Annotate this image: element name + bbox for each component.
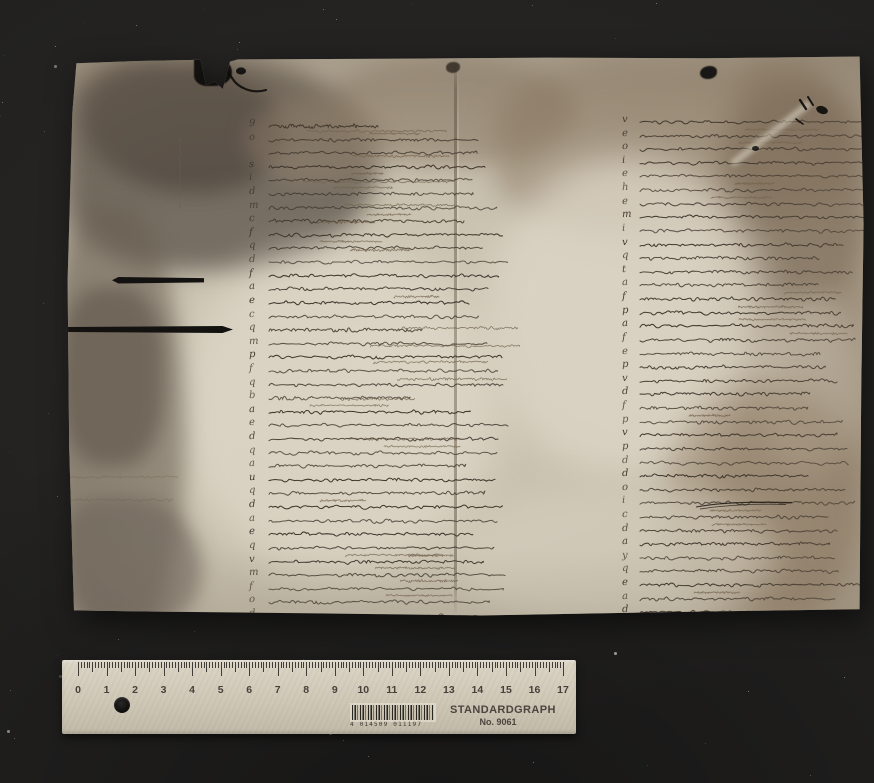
- initial-letter: p: [622, 442, 629, 452]
- ruler-number: 15: [495, 684, 517, 696]
- ruler-tick: [275, 662, 276, 668]
- ruler-tick: [98, 662, 99, 668]
- annotation-mark: [317, 212, 375, 230]
- initial-letter: v: [622, 115, 628, 125]
- ruler-tick: [420, 662, 421, 676]
- ruler-tick: [81, 662, 82, 668]
- ruler-tick: [409, 662, 410, 668]
- ruler-tick: [283, 662, 284, 668]
- initial-letter: p: [622, 360, 629, 370]
- initial-letter: a: [622, 592, 628, 602]
- text-line: t: [640, 268, 852, 277]
- measuring-ruler: 01234567891011121314151617 4 014509 0111…: [62, 660, 576, 734]
- initial-letter: f: [622, 333, 626, 343]
- ruler-tick: [152, 662, 153, 668]
- gloss-mark: [790, 331, 847, 336]
- initial-letter: q: [249, 541, 256, 551]
- annotation-mark: [738, 297, 803, 315]
- ruler-tick: [435, 662, 436, 672]
- ruler-tick: [440, 662, 441, 668]
- initial-letter: e: [249, 527, 255, 537]
- ruler-tick: [212, 662, 213, 668]
- initial-letter: c: [249, 309, 255, 319]
- gloss-mark: [694, 590, 739, 595]
- ruler-tick: [269, 662, 270, 668]
- ruler-tick: [144, 662, 145, 668]
- scratch-mark: [696, 500, 796, 512]
- initial-letter: v: [622, 237, 628, 247]
- initial-letter: f: [249, 364, 253, 374]
- text-line: v: [640, 431, 837, 440]
- ruler-tick: [423, 662, 424, 668]
- text-line: a: [640, 540, 829, 549]
- ruler-number: 16: [524, 684, 546, 696]
- ruler-tick: [480, 662, 481, 668]
- ruler-tick: [392, 662, 393, 676]
- ruler-tick: [204, 662, 205, 668]
- text-line: u: [269, 476, 495, 485]
- ruler-tick: [540, 662, 541, 668]
- ruler-number: 13: [438, 684, 460, 696]
- ruler-tick: [412, 662, 413, 668]
- ruler-tick: [343, 662, 344, 668]
- initial-letter: v: [249, 554, 255, 564]
- barcode-digits: 4 014509 011197: [350, 721, 436, 728]
- initial-letter: p: [622, 306, 629, 316]
- ruler-tick: [229, 662, 230, 668]
- ruler-tick: [418, 662, 419, 668]
- initial-letter: p: [249, 350, 256, 360]
- text-line: e: [640, 200, 866, 209]
- gloss-mark: [394, 294, 439, 299]
- gloss-mark: [739, 140, 802, 145]
- ruler-tick: [495, 662, 496, 668]
- ruler-tick: [477, 662, 478, 676]
- ruler-tick: [161, 662, 162, 668]
- ruler-tick: [281, 662, 282, 668]
- ruler-tick: [492, 662, 493, 672]
- ruler-tick: [309, 662, 310, 668]
- ruler-tick: [218, 662, 219, 668]
- initial-letter: m: [249, 568, 259, 578]
- initial-letter: q: [622, 564, 629, 574]
- initial-letter: a: [622, 278, 628, 288]
- initial-letter: p: [622, 415, 629, 425]
- ruler-tick: [503, 662, 504, 668]
- initial-letter: d: [622, 469, 629, 479]
- ruler-tick: [186, 662, 187, 668]
- ruler-brand-label: STANDARDGRAPH: [450, 704, 556, 716]
- ruler-tick: [398, 662, 399, 668]
- text-line: d: [269, 503, 502, 512]
- ruler-tick: [326, 662, 327, 668]
- ruler-tick: [563, 662, 564, 676]
- ruler-tick: [206, 662, 207, 672]
- ruler-tick: [78, 662, 79, 676]
- annotation-mark: [170, 138, 188, 208]
- gloss-mark: [711, 195, 772, 200]
- ruler-tick: [555, 662, 556, 668]
- ruler-number: 2: [124, 684, 146, 696]
- initial-letter: i: [622, 496, 626, 506]
- initial-letter: q: [249, 486, 256, 496]
- ruler-tick: [109, 662, 110, 668]
- text-line: v: [640, 377, 837, 386]
- annotation-mark: [350, 429, 462, 447]
- ruler-tick: [535, 662, 536, 676]
- photo-stage: 9osidmcfqdfaecqmpfqbaedqauqdaeqvmfod veo…: [0, 0, 874, 783]
- ruler-tick: [292, 662, 293, 672]
- ruler-tick: [509, 662, 510, 668]
- initial-letter: d: [249, 187, 256, 197]
- text-line: y: [640, 554, 834, 563]
- initial-letter: u: [249, 473, 256, 483]
- ruler-tick: [483, 662, 484, 668]
- ruler-number: 1: [96, 684, 118, 696]
- ruler-tick: [560, 662, 561, 668]
- text-line: q: [269, 489, 484, 498]
- ruler-tick: [129, 662, 130, 668]
- text-line: d: [640, 390, 809, 399]
- ruler-tick: [138, 662, 139, 668]
- ruler-tick: [400, 662, 401, 668]
- initial-letter: f: [249, 582, 253, 592]
- ruler-tick: [369, 662, 370, 668]
- text-line: q: [640, 254, 819, 263]
- annotation-mark: [352, 146, 449, 164]
- ruler-tick: [517, 662, 518, 668]
- initial-letter: o: [622, 483, 628, 493]
- ruler-tick: [107, 662, 108, 676]
- ruler-tick: [403, 662, 404, 668]
- initial-letter: o: [622, 142, 628, 152]
- gloss-mark: [320, 498, 366, 503]
- initial-letter: d: [622, 387, 629, 397]
- ruler-tick: [455, 662, 456, 668]
- ruler-tick: [244, 662, 245, 668]
- text-line: d: [269, 258, 507, 267]
- ruler-tick: [132, 662, 133, 668]
- initial-letter: s: [249, 160, 254, 170]
- ruler-tick: [184, 662, 185, 668]
- ruler-tick: [115, 662, 116, 668]
- gloss-mark: [689, 413, 730, 418]
- ruler-tick: [141, 662, 142, 668]
- ruler-tick: [523, 662, 524, 668]
- ruler-tick: [526, 662, 527, 668]
- ruler-tick: [147, 662, 148, 668]
- ruler-number: 17: [552, 684, 574, 696]
- text-line: d: [640, 472, 808, 481]
- annotation-mark: [400, 571, 458, 589]
- initial-letter: f: [249, 269, 253, 279]
- initial-letter: f: [622, 292, 626, 302]
- ruler-tick: [149, 662, 150, 672]
- ruler-tick: [301, 662, 302, 668]
- ruler-tick: [303, 662, 304, 668]
- text-line: f: [269, 272, 498, 281]
- ruler-tick: [395, 662, 396, 668]
- ruler-tick: [221, 662, 222, 676]
- annotation-mark: [373, 352, 488, 370]
- ruler-tick: [95, 662, 96, 668]
- ruler-tick: [557, 662, 558, 668]
- initial-letter: e: [622, 129, 628, 139]
- ruler-tick: [349, 662, 350, 672]
- ruler-tick: [298, 662, 299, 668]
- ruler-tick: [195, 662, 196, 668]
- initial-letter: e: [622, 346, 628, 356]
- ruler-tick: [512, 662, 513, 668]
- ruler-tick: [375, 662, 376, 668]
- ruler-tick: [475, 662, 476, 668]
- text-line: i: [640, 159, 866, 168]
- ruler-tick: [155, 662, 156, 668]
- ruler-tick: [158, 662, 159, 668]
- ruler-tick: [389, 662, 390, 668]
- ruler-tick: [380, 662, 381, 668]
- ruler-tick: [241, 662, 242, 668]
- black-streak: [66, 326, 233, 333]
- text-line: q: [640, 567, 838, 576]
- text-line: f: [640, 336, 855, 345]
- ruler-number: 11: [381, 684, 403, 696]
- ruler-tick: [121, 662, 122, 672]
- ruler-tick: [486, 662, 487, 668]
- ruler-tick: [169, 662, 170, 668]
- ruler-tick: [415, 662, 416, 668]
- ruler-tick: [443, 662, 444, 668]
- ruler-tick: [335, 662, 336, 676]
- ink-spatter: [792, 94, 838, 130]
- ruler-tick: [457, 662, 458, 668]
- ruler-tick: [175, 662, 176, 668]
- ruler-tick: [352, 662, 353, 668]
- initial-letter: a: [249, 282, 255, 292]
- initial-letter: c: [622, 510, 628, 520]
- ruler-barcode: 4 014509 011197: [350, 705, 436, 728]
- text-line: m: [640, 213, 866, 222]
- initial-letter: a: [622, 319, 628, 329]
- ruler-tick: [355, 662, 356, 668]
- initial-letter: e: [249, 296, 255, 306]
- text-line: d: [640, 527, 837, 536]
- initial-letter: q: [249, 446, 256, 456]
- initial-letter: q: [622, 251, 629, 261]
- ruler-tick: [192, 662, 193, 676]
- ruler-tick: [318, 662, 319, 668]
- ruler-tick: [295, 662, 296, 668]
- initial-letter: d: [249, 500, 256, 510]
- ruler-tick: [383, 662, 384, 668]
- text-line: a: [640, 595, 835, 604]
- barcode-bars: [352, 705, 434, 720]
- text-line: d: [640, 459, 848, 468]
- initial-letter: e: [249, 418, 255, 428]
- initial-letter: f: [622, 401, 626, 411]
- annotation-mark: [345, 195, 455, 213]
- initial-letter: i: [622, 224, 626, 234]
- ruler-tick: [249, 662, 250, 676]
- ruler-tick: [92, 662, 93, 672]
- ruler-tick: [341, 662, 342, 668]
- ruler-tick: [286, 662, 287, 668]
- gloss-mark: [386, 593, 452, 598]
- ruler-number: 12: [409, 684, 431, 696]
- ruler-tick: [460, 662, 461, 668]
- annotation-mark: [303, 172, 453, 190]
- ruler-tick: [358, 662, 359, 668]
- initial-letter: a: [622, 537, 628, 547]
- ruler-number: 5: [210, 684, 232, 696]
- initial-letter: q: [249, 377, 256, 387]
- gloss-mark: [739, 317, 805, 322]
- text-line: p: [640, 363, 825, 372]
- initial-letter: h: [622, 183, 629, 193]
- initial-letter: b: [249, 391, 256, 401]
- ruler-tick: [321, 662, 322, 672]
- initial-letter: o: [249, 595, 255, 605]
- initial-letter: t: [622, 265, 626, 275]
- ruler-tick: [489, 662, 490, 668]
- gloss-mark: [784, 290, 841, 295]
- initial-letter: i: [622, 156, 626, 166]
- text-line: p: [640, 445, 847, 454]
- initial-letter: v: [622, 374, 628, 384]
- ruler-tick: [543, 662, 544, 668]
- ruler-tick: [101, 662, 102, 668]
- initial-letter: q: [249, 241, 256, 251]
- text-line: i: [640, 227, 866, 236]
- ruler-tick: [172, 662, 173, 668]
- ruler-tick: [181, 662, 182, 668]
- initial-letter: a: [249, 405, 255, 415]
- ruler-tick: [406, 662, 407, 672]
- ruler-tick: [112, 662, 113, 668]
- annotation-mark: [307, 121, 447, 139]
- ruler-tick: [226, 662, 227, 668]
- initial-letter: m: [622, 210, 632, 220]
- ruler-tick: [209, 662, 210, 668]
- ruler-tick: [552, 662, 553, 668]
- ruler-tick: [238, 662, 239, 668]
- initial-letter: d: [249, 432, 256, 442]
- annotation-mark: [340, 389, 415, 407]
- ruler-tick: [289, 662, 290, 668]
- text-line: q: [269, 449, 496, 458]
- ruler-tick: [252, 662, 253, 668]
- ruler-tick: [201, 662, 202, 668]
- ruler-tick: [263, 662, 264, 672]
- initial-letter: e: [622, 169, 628, 179]
- initial-letter: a: [249, 459, 255, 469]
- ruler-number: 9: [324, 684, 346, 696]
- text-line: f: [269, 231, 502, 240]
- ruler-tick: [529, 662, 530, 668]
- ruler-tick: [449, 662, 450, 676]
- initial-letter: m: [249, 200, 259, 210]
- ruler-tick: [338, 662, 339, 668]
- ruler-number: 6: [238, 684, 260, 696]
- ruler-tick: [463, 662, 464, 672]
- text-line: v: [640, 241, 843, 250]
- ruler-tick: [278, 662, 279, 676]
- manuscript-leaf: 9osidmcfqdfaecqmpfqbaedqauqdaeqvmfod veo…: [66, 56, 866, 616]
- initial-letter: o: [249, 133, 255, 143]
- ruler-number: 0: [67, 684, 89, 696]
- ruler-tick: [246, 662, 247, 668]
- ruler-tick: [215, 662, 216, 668]
- ruler-tick: [306, 662, 307, 676]
- ruler-tick: [261, 662, 262, 668]
- ink-dot: [752, 146, 759, 151]
- ruler-tick: [515, 662, 516, 668]
- annotation-mark: [397, 369, 507, 387]
- ruler-tick: [346, 662, 347, 668]
- ruler-tick: [506, 662, 507, 676]
- ruler-tick: [127, 662, 128, 668]
- ruler-tick: [438, 662, 439, 668]
- ruler-tick: [258, 662, 259, 668]
- ruler-tick: [118, 662, 119, 668]
- initial-letter: e: [622, 578, 628, 588]
- ruler-model-label: No. 9061: [450, 717, 546, 727]
- ruler-tick: [135, 662, 136, 676]
- parchment-stain: [66, 286, 164, 466]
- initial-letter: d: [622, 455, 629, 465]
- initial-letter: m: [249, 337, 259, 347]
- initial-letter: d: [622, 523, 629, 533]
- initial-letter: c: [249, 214, 255, 224]
- ruler-tick: [266, 662, 267, 668]
- initial-letter: d: [249, 255, 256, 265]
- ruler-number: 4: [181, 684, 203, 696]
- initial-letter: v: [622, 428, 628, 438]
- text-line: e: [640, 581, 860, 590]
- ruler-tick: [537, 662, 538, 668]
- ruler-tick: [332, 662, 333, 668]
- ruler-tick: [224, 662, 225, 668]
- text-line: a: [269, 408, 470, 417]
- ruler-tick: [549, 662, 550, 672]
- ruler-tick: [315, 662, 316, 668]
- ruler-tick: [178, 662, 179, 672]
- initial-letter: 9: [249, 119, 256, 129]
- text-line: o: [269, 598, 489, 607]
- initial-letter: q: [249, 323, 256, 333]
- ruler-tick: [272, 662, 273, 668]
- ruler-tick: [386, 662, 387, 668]
- text-line: a: [269, 462, 465, 471]
- ruler-tick: [497, 662, 498, 668]
- initial-letter: f: [249, 228, 253, 238]
- initial-letter: e: [622, 197, 628, 207]
- ruler-tick: [124, 662, 125, 668]
- ruler-tick: [366, 662, 367, 668]
- ruler-tick: [360, 662, 361, 668]
- initial-letter: a: [249, 514, 255, 524]
- initial-letter: i: [249, 173, 253, 183]
- ruler-tick: [363, 662, 364, 676]
- ruler-tick: [84, 662, 85, 668]
- ruler-tick: [446, 662, 447, 668]
- ruler-tick: [232, 662, 233, 668]
- ruler-tick: [472, 662, 473, 668]
- annotation-mark: [70, 467, 178, 485]
- text-line: o: [640, 486, 845, 495]
- ruler-tick: [372, 662, 373, 668]
- ruler-tick: [87, 662, 88, 668]
